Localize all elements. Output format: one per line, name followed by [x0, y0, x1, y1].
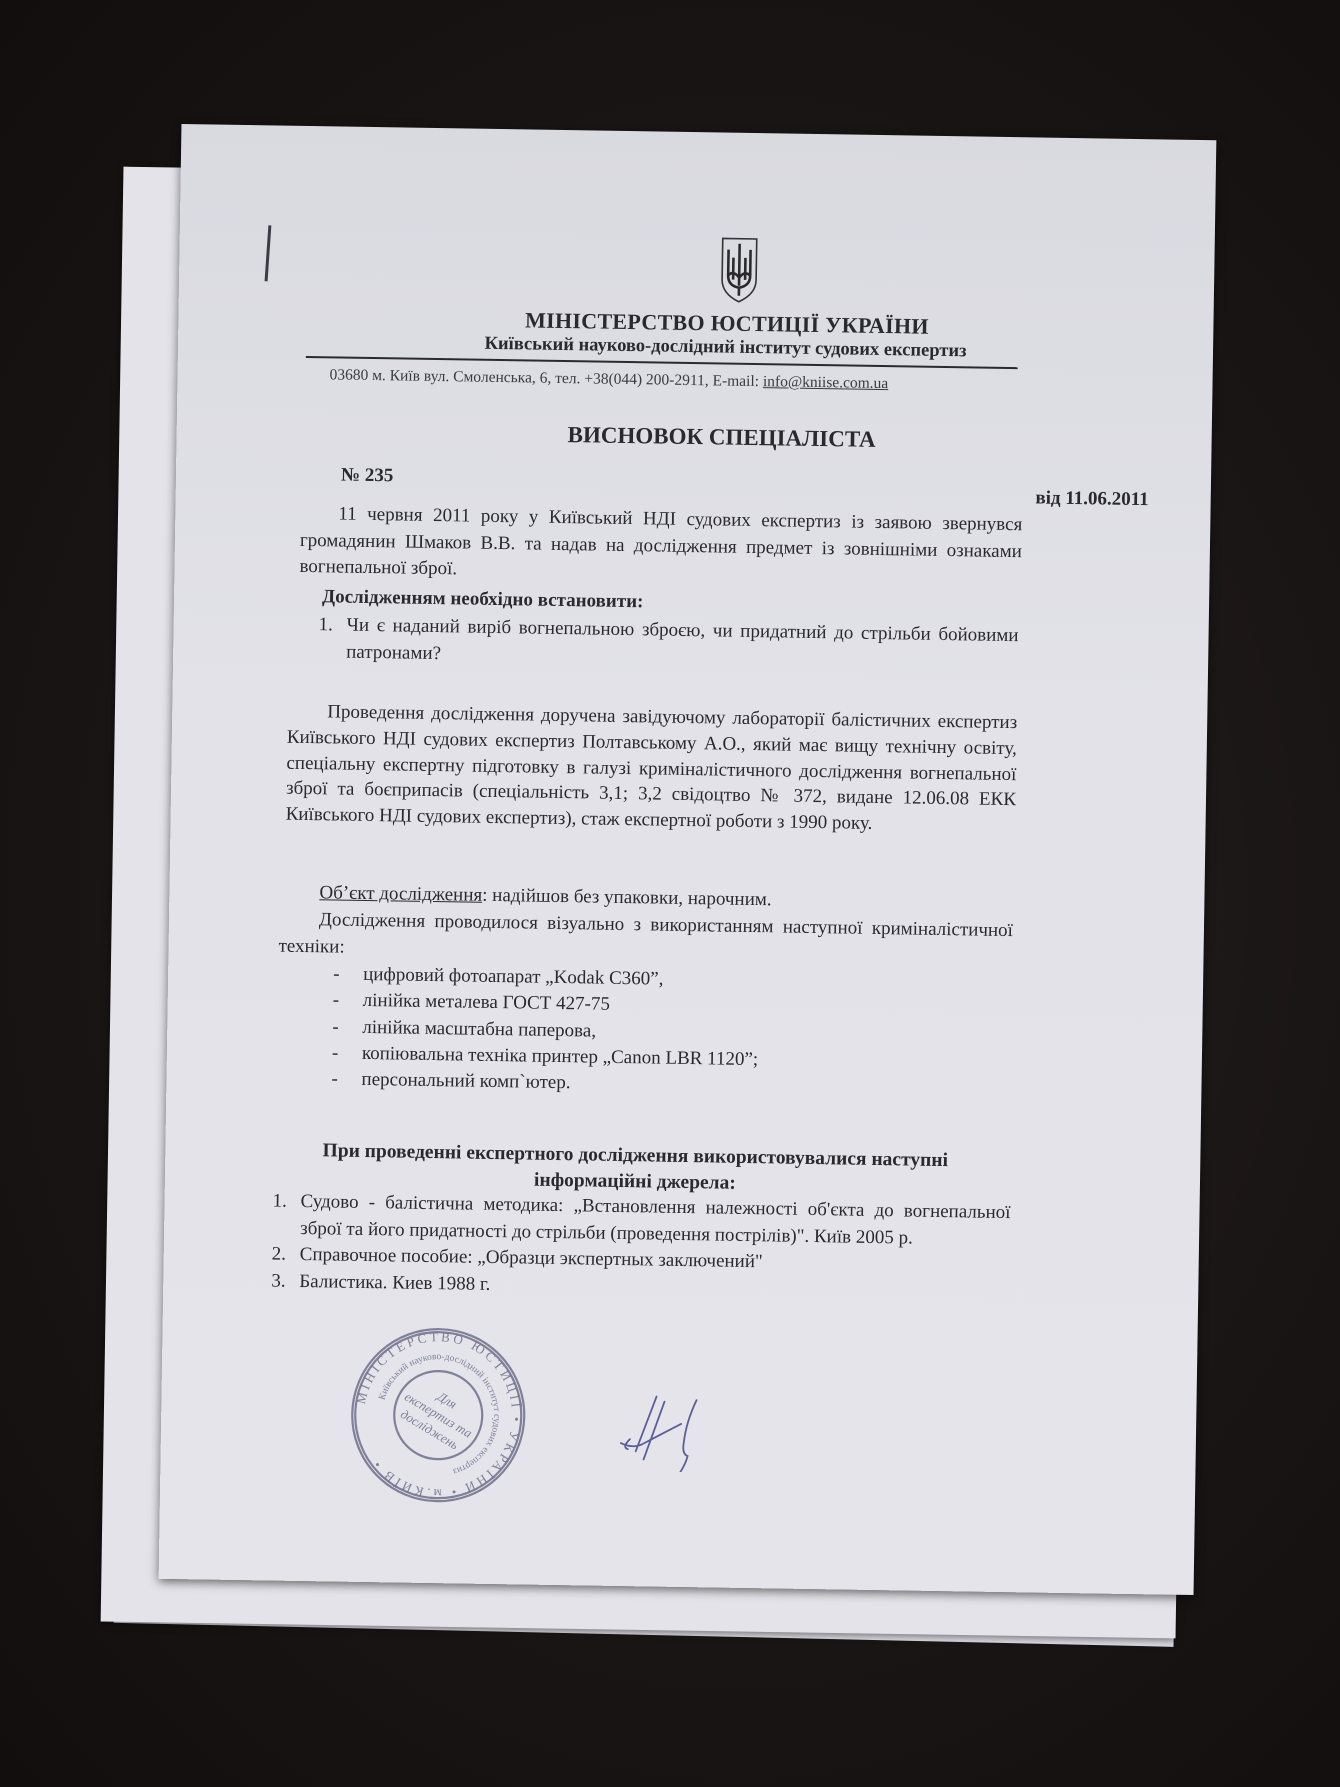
source-number: 3.	[271, 1268, 299, 1295]
questions-list: 1. Чи є наданий виріб вогнепальною зброє…	[318, 612, 1019, 676]
tool-text: лінійка металева ГОСТ 427-75	[363, 988, 611, 1018]
tool-text: лінійка масштабна паперова,	[362, 1015, 596, 1045]
signature-icon	[615, 1391, 716, 1473]
intro-paragraph: 11 червня 2011 року у Київський НДІ судо…	[299, 501, 1022, 592]
object-line: Об’єкт дослідження: надійшов без упаковк…	[319, 882, 772, 911]
question-item: 1. Чи є наданий виріб вогнепальною зброє…	[318, 612, 1019, 676]
address-text: 03680 м. Київ вул. Смоленська, 6, тел. +…	[329, 366, 763, 390]
tryzub-coat-of-arms-icon	[719, 235, 760, 304]
object-label: Об’єкт дослідження	[319, 882, 482, 906]
sources-list: 1. Судово - балістична методика: „Встано…	[271, 1189, 1011, 1307]
questions-heading: Дослідженням необхідно встановити:	[322, 586, 644, 613]
tools-list: -цифровий фотоапарат „Kodak C360”, -ліні…	[331, 961, 759, 1099]
document-date: від 11.06.2011	[1035, 487, 1149, 511]
institute-address: 03680 м. Київ вул. Смоленська, 6, тел. +…	[329, 366, 888, 393]
list-dash: -	[331, 1067, 361, 1094]
document-page: МІНІСТЕРСТВО ЮСТИЦІЇ УКРАЇНИ Київський н…	[159, 124, 1217, 1595]
document-number: № 235	[341, 465, 394, 488]
question-text: Чи є наданий виріб вогнепальною зброєю, …	[346, 613, 1019, 677]
tool-text: персональний комп`ютер.	[361, 1067, 570, 1097]
list-dash: -	[333, 988, 363, 1015]
expert-paragraph: Проведення дослідження доручена завідуюч…	[285, 699, 1017, 839]
object-text: : надійшов без упаковки, нарочним.	[482, 885, 772, 911]
list-dash: -	[333, 961, 363, 988]
list-dash: -	[332, 1014, 362, 1041]
list-dash: -	[332, 1040, 362, 1067]
source-number: 2.	[272, 1242, 300, 1269]
document-title: ВИСНОВОК СПЕЦІАЛІСТА	[176, 416, 1211, 458]
source-number: 1.	[272, 1189, 301, 1242]
official-stamp-icon: МІНІСТЕРСТВО ЮСТИЦІЇ • УКРАЇНИ • м.КИЇВ …	[348, 1325, 529, 1506]
email-link[interactable]: info@kniise.com.ua	[763, 373, 889, 392]
question-number: 1.	[318, 612, 347, 665]
